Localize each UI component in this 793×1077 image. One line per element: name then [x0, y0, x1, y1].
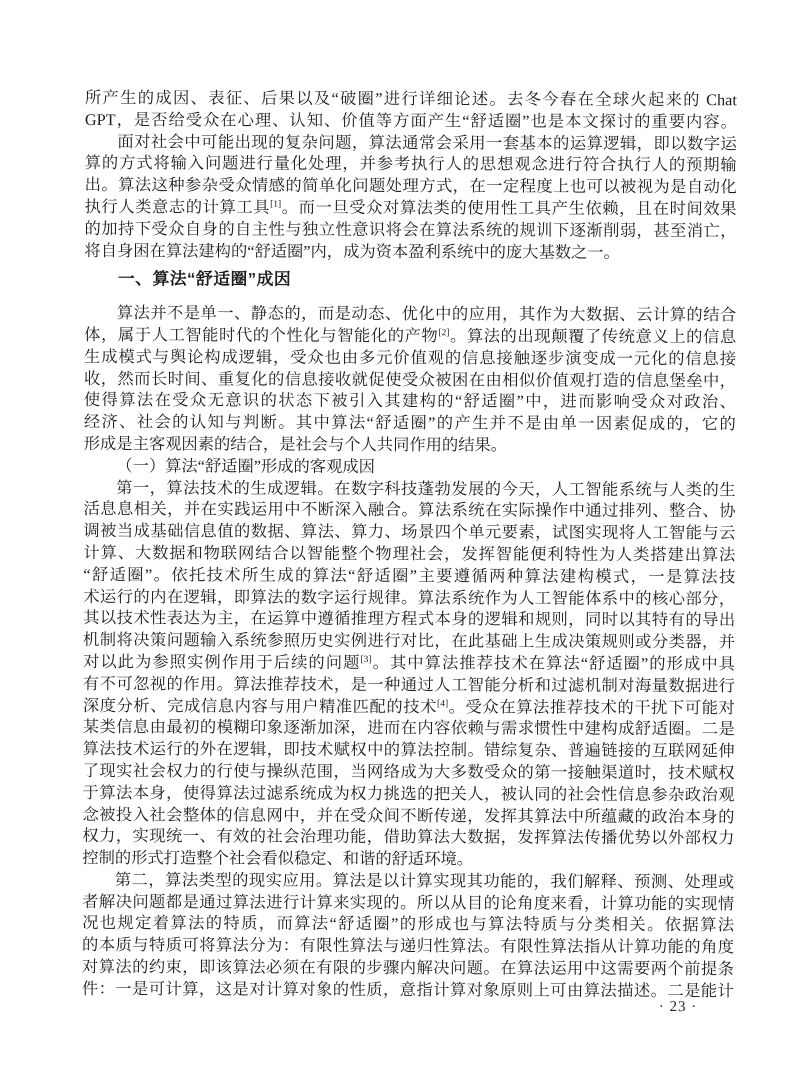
paragraph: 第一，算法技术的生成逻辑。在数字科技蓬勃发展的今天，人工智能系统与人类的生活息息… [82, 477, 735, 872]
text-line: 者解决问题都是通过算法进行计算来实现的。所以从目的论角度来看，计算功能的实现情 [82, 891, 734, 915]
text-line: 执行人类意志的计算工具[1]。而一旦受众对算法类的使用性工具产生依赖，且在时间效… [85, 196, 737, 220]
text-line: 机制将决策问题输入系统参照历史实例进行对比，在此基础上生成决策规则或分类器，并 [83, 629, 735, 653]
section-heading: 一、算法“舒适圈”成因 [84, 268, 736, 292]
text-line: 经济、社会的认知与判断。其中算法“舒适圈”的产生并不是由单一因素促成的，它的 [84, 411, 736, 435]
text-line: 体，属于人工智能时代的个性化与智能化的产物[2]。算法的出现颠覆了传统意义上的信… [84, 324, 736, 348]
text-line: GPT，是否给受众在心理、认知、价值等方面产生“舒适圈”也是本文探讨的重要内容。 [85, 109, 737, 133]
citation-ref: [2] [438, 328, 449, 338]
text-line: 第一，算法技术的生成逻辑。在数字科技蓬勃发展的今天，人工智能系统与人类的生 [84, 477, 736, 501]
text-line: 控制的形式打造整个社会看似稳定、和谐的舒适环境。 [82, 847, 734, 871]
text-line: 权力，实现统一、有效的社会治理功能，借助算法大数据，发挥算法传播优势以外部权力 [82, 825, 734, 849]
paragraph: 第二，算法类型的现实应用。算法是以计算实现其功能的，我们解释、预测、处理或者解决… [82, 869, 734, 1002]
text-line: （一）算法“舒适圈”形成的客观成因 [84, 455, 736, 479]
text-line: 调被当成基础信息值的数据、算法、算力、场景四个单元要素，试图实现将人工智能与云 [83, 520, 735, 544]
text-line: 出。算法这种参杂受众情感的简单化问题处理方式，在一定程度上也可以被视为是自动化 [85, 174, 737, 198]
text-line: 的加持下受众自身的自主性与独立性意识将会在算法系统的规训下逐渐削弱，甚至消亡， [84, 218, 736, 242]
citation-ref: [4] [437, 699, 448, 709]
text-line: 算的方式将输入问题进行量化处理，并参考执行人的思想观念进行符合执行人的预期输 [85, 152, 737, 176]
text-line: 况也规定着算法的特质，而算法“舒适圈”的形成也与算法特质与分类相关。依据算法 [82, 912, 734, 936]
citation-ref: [3] [360, 655, 371, 665]
text-line: 生成模式与舆论构成逻辑，受众也由多元价值观的信息接触逐步演变成一元化的信息接 [84, 346, 736, 370]
text-line: 所产生的成因、表征、后果以及“破圈”进行详细论述。去冬今春在全球火起来的 Cha… [85, 87, 737, 111]
continuation-paragraph: 所产生的成因、表征、后果以及“破圈”进行详细论述。去冬今春在全球火起来的 Cha… [85, 87, 737, 133]
paragraph: 算法并不是单一、静态的，而是动态、优化中的应用，其作为大数据、云计算的结合体，属… [84, 302, 737, 457]
text-line: 对以此为参照实例作用于后续的问题[3]。其中算法推荐技术在算法“舒适圈”的形成中… [83, 651, 735, 675]
text-line: 收，然而长时间、重复化的信息接收就促使受众被困在由相似价值观打造的信息堡垒中， [84, 368, 736, 392]
text-line: 计算、大数据和物联网结合以智能整个物理社会，发挥智能便利特性为人类搭建出算法 [83, 542, 735, 566]
text-line: 将自身困在算法建构的“舒适圈”内，成为资本盈利系统中的庞大基数之一。 [84, 240, 736, 264]
page-number: · 23 · [659, 997, 698, 1019]
citation-ref: [1] [270, 200, 281, 210]
subsection-heading: （一）算法“舒适圈”形成的客观成因 [84, 455, 736, 479]
text-line: 使得算法在受众无意识的状态下被引入其建构的“舒适圈”中，进而影响受众对政治、 [84, 389, 736, 413]
text-line: 深度分析、完成信息内容与用户精准匹配的技术[4]。受众在算法推荐技术的干扰下可能… [83, 695, 735, 719]
text-line: 对算法的约束，即该算法必须在有限的步骤内解决问题。在算法运用中这需要两个前提条 [82, 956, 734, 980]
article-page: 所产生的成因、表征、后果以及“破圈”进行详细论述。去冬今春在全球火起来的 Cha… [0, 0, 793, 1077]
text-line: 术运行的内在逻辑，即算法的数字运行规律。算法系统作为人工智能体系中的核心部分， [83, 586, 735, 610]
text-line: 活息息相关，并在实践运用中不断深入融合。算法系统在实际操作中通过排列、整合、协 [83, 498, 735, 522]
text-line: 形成是主客观因素的结合，是社会与个人共同作用的结果。 [84, 433, 736, 457]
text-line: 的本质与特质可将算法分为：有限性算法与递归性算法。有限性算法指从计算功能的角度 [82, 934, 734, 958]
text-line: 第二，算法类型的现实应用。算法是以计算实现其功能的，我们解释、预测、处理或 [82, 869, 734, 893]
text-line: 有不可忽视的作用。算法推荐技术，是一种通过人工智能分析和过滤机制对海量数据进行 [83, 673, 735, 697]
text-line: 念被投入社会整体的信息网中，并在受众间不断传递，发挥其算法中所蕴藏的政治本身的 [82, 803, 734, 827]
text-line: 某类信息由最初的模糊印象逐渐加深，进而在内容依赖与需求惯性中建构成舒适圈。二是 [83, 716, 735, 740]
text-line: 件：一是可计算，这是对计算对象的性质，意指计算对象原则上可由算法描述。二是能计 [82, 978, 734, 1002]
text-line: 其以技术性表达为主，在运算中遵循推理方程式本身的逻辑和规则，同时以其特有的导出 [83, 607, 735, 631]
text-line: “舒适圈”。依托技术所生成的算法“舒适圈”主要遵循两种算法建构模式，一是算法技 [83, 564, 735, 588]
document-body: 所产生的成因、表征、后果以及“破圈”进行详细论述。去冬今春在全球火起来的 Cha… [82, 87, 737, 1002]
text-line: 算法并不是单一、静态的，而是动态、优化中的应用，其作为大数据、云计算的结合 [84, 302, 736, 326]
text-line: 面对社会中可能出现的复杂问题，算法通常会采用一套基本的运算逻辑，即以数字运 [85, 131, 737, 155]
paragraph: 面对社会中可能出现的复杂问题，算法通常会采用一套基本的运算逻辑，即以数字运算的方… [84, 131, 736, 264]
text-line: 了现实社会权力的行使与操纵范围，当网络成为大多数受众的第一接触渠道时，技术赋权 [83, 760, 735, 784]
text-line: 于算法本身，使得算法过滤系统成为权力挑选的把关人，被认同的社会性信息参杂政治观 [82, 782, 734, 806]
text-line: 一、算法“舒适圈”成因 [84, 268, 736, 292]
text-line: 算法技术运行的外在逻辑，即技术赋权中的算法控制。错综复杂、普遍链接的互联网延伸 [83, 738, 735, 762]
